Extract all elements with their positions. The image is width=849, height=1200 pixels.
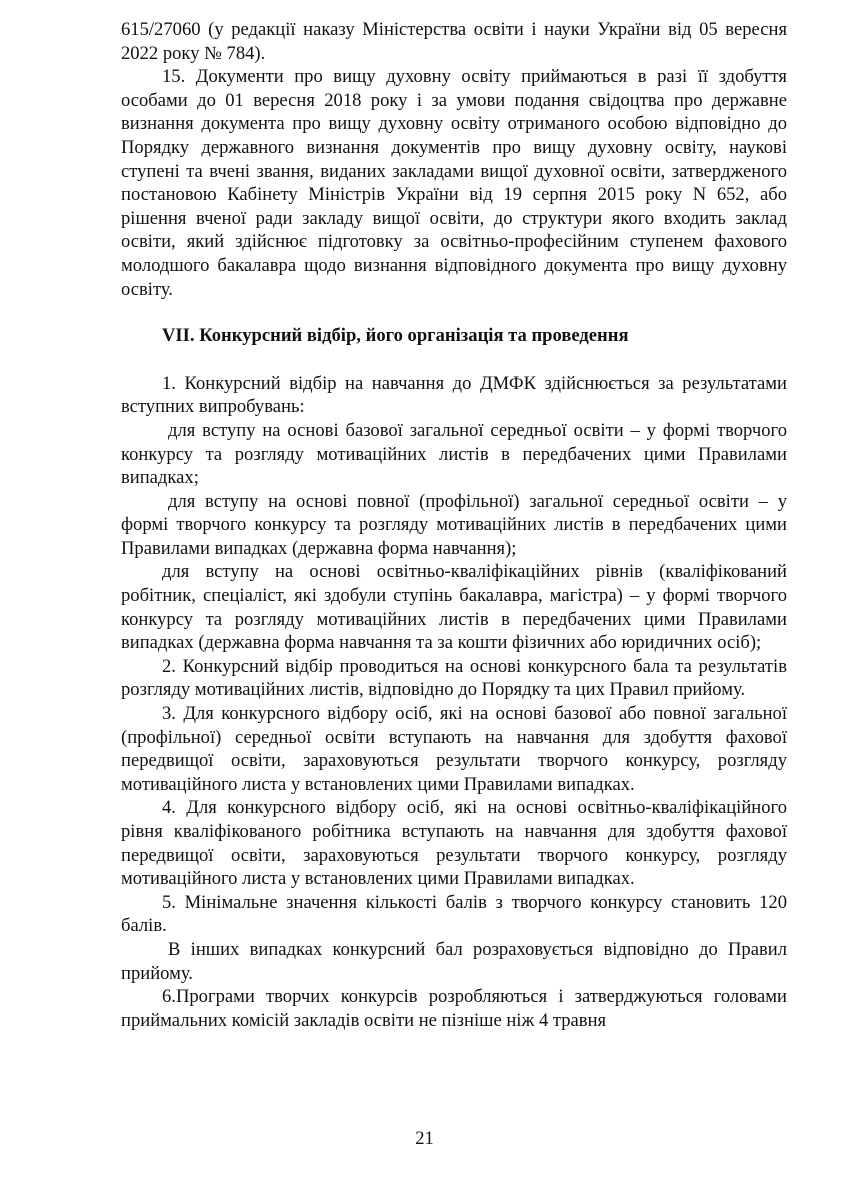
paragraph-15-spiritual-education: 15. Документи про вищу духовну освіту пр…: [121, 65, 787, 301]
section-heading: VII. Конкурсний відбір, його організація…: [121, 324, 787, 348]
paragraph-3-basic-or-full: 3. Для конкурсного відбору осіб, які на …: [121, 702, 787, 796]
paragraph-basic-secondary: для вступу на основі базової загальної с…: [121, 419, 787, 490]
paragraph-order-reference: 615/27060 (у редакції наказу Міністерств…: [121, 18, 787, 65]
paragraph-2-competitive-score: 2. Конкурсний відбір проводиться на осно…: [121, 655, 787, 702]
paragraph-4-qualified-worker: 4. Для конкурсного відбору осіб, які на …: [121, 796, 787, 890]
paragraph-6-programs: 6.Програми творчих конкурсів розробляють…: [121, 985, 787, 1032]
paragraph-full-secondary: для вступу на основі повної (профільної)…: [121, 490, 787, 561]
document-page: 615/27060 (у редакції наказу Міністерств…: [121, 18, 787, 1032]
paragraph-qualification-levels: для вступу на основі освітньо-кваліфікац…: [121, 560, 787, 654]
paragraph-1-competitive-selection: 1. Конкурсний відбір на навчання до ДМФК…: [121, 372, 787, 419]
paragraph-other-cases: В інших випадках конкурсний бал розрахов…: [121, 938, 787, 985]
paragraph-5-minimum-score: 5. Мінімальне значення кількості балів з…: [121, 891, 787, 938]
page-number: 21: [0, 1128, 849, 1150]
